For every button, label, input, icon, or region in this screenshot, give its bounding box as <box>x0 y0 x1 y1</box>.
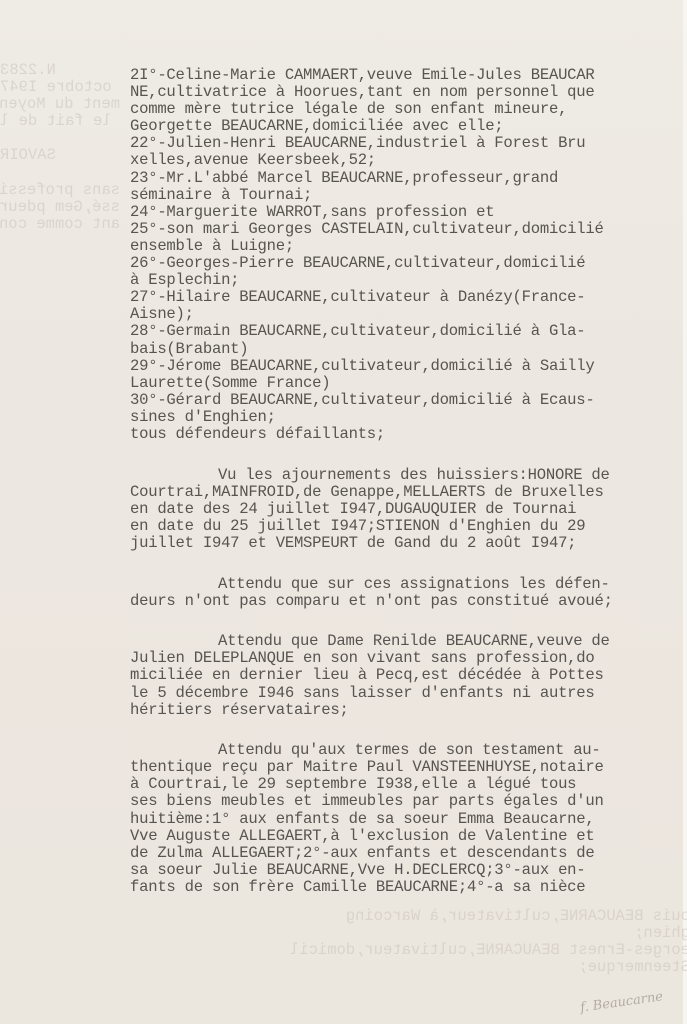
paragraph-line: Vu les ajournements des huissiers:HONORE… <box>130 467 687 484</box>
paragraph-line: huitième:1° aux enfants de sa soeur Emma… <box>130 811 687 828</box>
party-line: sines d'Enghien; <box>130 409 687 426</box>
party-line: comme mère tutrice légale de son enfant … <box>130 101 687 118</box>
paragraph-gap <box>130 719 687 743</box>
paragraph: Attendu que Dame Renilde BEAUCARNE,veuve… <box>130 633 687 718</box>
parties-list: 2I°-Celine-Marie CAMMAERT,veuve Emile-Ju… <box>130 67 687 443</box>
paragraph-line: Attendu que Dame Renilde BEAUCARNE,veuve… <box>130 633 687 650</box>
paragraph-line: fants de son frère Camille BEAUCARNE;4°-… <box>130 879 687 896</box>
paragraph-line: Attendu que sur ces assignations les déf… <box>130 576 687 593</box>
party-line: 26°-Georges-Pierre BEAUCARNE,cultivateur… <box>130 255 687 272</box>
paragraph-gap <box>130 610 687 634</box>
party-line: 24°-Marguerite WARROT,sans profession et <box>130 204 687 221</box>
paragraph: Attendu que sur ces assignations les déf… <box>130 576 687 610</box>
party-line: 2I°-Celine-Marie CAMMAERT,veuve Emile-Ju… <box>130 67 687 84</box>
party-line: xelles,avenue Keersbeek,52; <box>130 152 687 169</box>
party-line: 25°-son mari Georges CASTELAIN,cultivate… <box>130 221 687 238</box>
paragraph-line: thentique reçu par Maitre Paul VANSTEENH… <box>130 759 687 776</box>
party-line: Georgette BEAUCARNE,domiciliée avec elle… <box>130 118 687 135</box>
party-line: ensemble à Luigne; <box>130 238 687 255</box>
paragraphs: Vu les ajournements des huissiers:HONORE… <box>130 443 687 896</box>
paragraph-line: sa soeur Julie BEAUCARNE,Vve H.DECLERCQ;… <box>130 862 687 879</box>
paragraph-line: Vve Auguste ALLEGAERT,à l'exclusion de V… <box>130 828 687 845</box>
paragraph-line: héritiers réservataires; <box>130 702 687 719</box>
party-line: Aisne); <box>130 306 687 323</box>
paragraph-line: le 5 décembre I946 sans laisser d'enfant… <box>130 685 687 702</box>
party-line: 29°-Jérome BEAUCARNE,cultivateur,domicil… <box>130 358 687 375</box>
paragraph-line: Courtrai,MAINFROID,de Genappe,MELLAERTS … <box>130 484 687 501</box>
paragraph-line: à Courtrai,le 29 septembre I938,elle a l… <box>130 776 687 793</box>
paragraph-line: miciliée en dernier lieu à Pecq,est décé… <box>130 667 687 684</box>
document-body: 2I°-Celine-Marie CAMMAERT,veuve Emile-Ju… <box>130 67 687 896</box>
paragraph-line: en date des 24 juillet I947,DUGAUQUIER d… <box>130 501 687 518</box>
party-line: 30°-Gérard BEAUCARNE,cultivateur,domicil… <box>130 392 687 409</box>
party-line: NE,cultivatrice à Hoorues,tant en nom pe… <box>130 84 687 101</box>
paragraph-line: ses biens meubles et immeubles par parts… <box>130 793 687 810</box>
party-line: Laurette(Somme France) <box>130 375 687 392</box>
show-through-bottom: -Louis BEAUCARNE,cultivateur,à Warcoing … <box>290 908 687 976</box>
party-line: tous défendeurs défaillants; <box>130 426 687 443</box>
party-line: bais(Brabant) <box>130 341 687 358</box>
paragraph-gap <box>130 443 687 467</box>
paragraph-line: Julien DELEPLANQUE en son vivant sans pr… <box>130 650 687 667</box>
paragraph: Vu les ajournements des huissiers:HONORE… <box>130 467 687 552</box>
party-line: 23°-Mr.L'abbé Marcel BEAUCARNE,professeu… <box>130 170 687 187</box>
paragraph-line: juillet I947 et VEMSPEURT de Gand du 2 a… <box>130 535 687 552</box>
party-line: séminaire à Tournai; <box>130 187 687 204</box>
show-through-top: N.2283 octobre I947 ment du Moyen le fai… <box>0 62 120 233</box>
paragraph: Attendu qu'aux termes de son testament a… <box>130 742 687 896</box>
party-line: 28°-Germain BEAUCARNE,cultivateur,domici… <box>130 323 687 340</box>
party-line: à Esplechin; <box>130 272 687 289</box>
paragraph-line: de Zulma ALLEGAERT;2°-aux enfants et des… <box>130 845 687 862</box>
paragraph-line: Attendu qu'aux termes de son testament a… <box>130 742 687 759</box>
party-line: 27°-Hilaire BEAUCARNE,cultivateur à Dané… <box>130 289 687 306</box>
party-line: 22°-Julien-Henri BEAUCARNE,industriel à … <box>130 135 687 152</box>
paragraph-line: deurs n'ont pas comparu et n'ont pas con… <box>130 593 687 610</box>
paragraph-gap <box>130 552 687 576</box>
paragraph-line: en date du 25 juillet I947;STIENON d'Eng… <box>130 518 687 535</box>
